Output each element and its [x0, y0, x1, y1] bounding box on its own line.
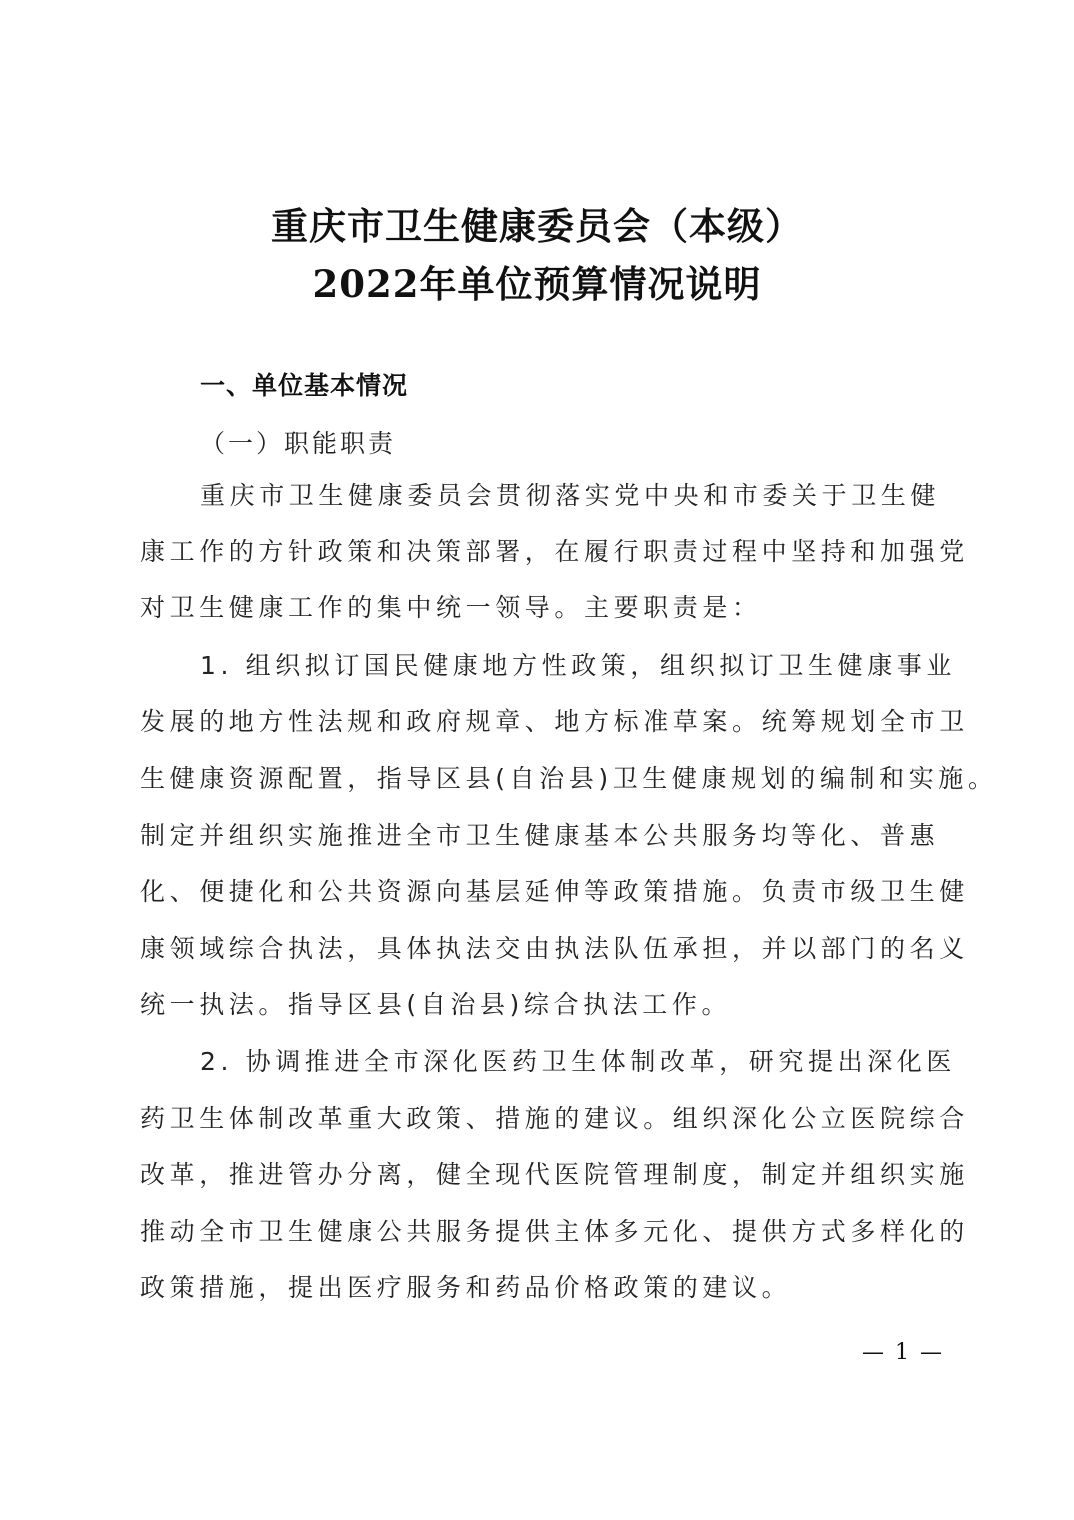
paragraph-line: 制定并组织实施推进全市卫生健康基本公共服务均等化、普惠: [140, 816, 940, 852]
paragraph-line: 康领域综合执法，具体执法交由执法队伍承担，并以部门的名义: [140, 929, 940, 965]
paragraph-line: 重庆市卫生健康委员会贯彻落实党中央和市委关于卫生健: [200, 476, 940, 512]
paragraph-line: 化、便捷化和公共资源向基层延伸等政策措施。负责市级卫生健: [140, 872, 940, 908]
document-title-line2: 2022年单位预算情况说明: [0, 254, 1074, 308]
paragraph-line: 1. 组织拟订国民健康地方性政策，组织拟订卫生健康事业: [200, 646, 940, 682]
paragraph-line: 药卫生体制改革重大政策、措施的建议。组织深化公立医院综合: [140, 1099, 940, 1135]
page-number: — 1 —: [862, 1340, 944, 1365]
paragraph-line: 2. 协调推进全市深化医药卫生体制改革，研究提出深化医: [200, 1042, 940, 1078]
section-heading: 一、单位基本情况: [200, 366, 408, 402]
paragraph-line: 康工作的方针政策和决策部署，在履行职责过程中坚持和加强党: [140, 532, 940, 568]
paragraph-line: 发展的地方性法规和政府规章、地方标准草案。统筹规划全市卫: [140, 702, 940, 738]
document-title-line1: 重庆市卫生健康委员会（本级）: [0, 196, 1074, 250]
paragraph-line: 对卫生健康工作的集中统一领导。主要职责是：: [140, 588, 940, 624]
paragraph-line: 政策措施，提出医疗服务和药品价格政策的建议。: [140, 1268, 940, 1304]
paragraph-line: 改革，推进管办分离，健全现代医院管理制度，制定并组织实施: [140, 1155, 940, 1191]
paragraph-line: 生健康资源配置，指导区县(自治县)卫生健康规划的编制和实施。: [140, 759, 940, 795]
document-page: 重庆市卫生健康委员会（本级） 2022年单位预算情况说明 一、单位基本情况 （一…: [0, 0, 1074, 1520]
subsection-heading: （一）职能职责: [200, 424, 396, 460]
paragraph-line: 推动全市卫生健康公共服务提供主体多元化、提供方式多样化的: [140, 1212, 940, 1248]
paragraph-line: 统一执法。指导区县(自治县)综合执法工作。: [140, 985, 940, 1021]
